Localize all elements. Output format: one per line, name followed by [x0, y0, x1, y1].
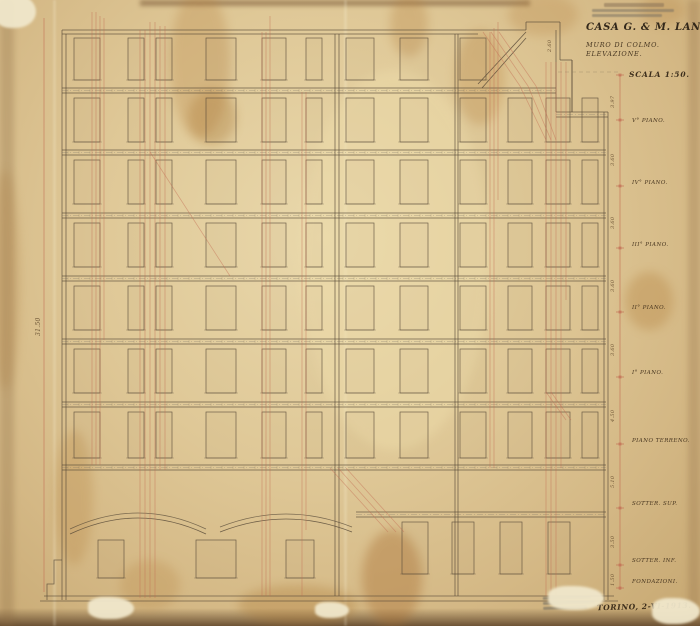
floor-label: II° PIANO.: [632, 305, 666, 311]
dimension-label: 1.50: [611, 574, 616, 586]
floor-label: PIANO TERRENO.: [632, 438, 690, 444]
elevation-drawing: [0, 0, 700, 626]
dimension-label: 3.50: [611, 536, 616, 548]
dimension-label: 5.10: [611, 476, 616, 488]
torn-patch: [652, 598, 700, 624]
view-label: ELEVAZIONE.: [586, 50, 700, 60]
floor-label: FONDAZIONI.: [632, 579, 678, 585]
scale-label: SCALA 1:50.: [629, 71, 690, 79]
dimension-label: 3.60: [611, 344, 616, 356]
floor-label: V° PIANO.: [632, 118, 665, 124]
dimension-label: 4.50: [611, 410, 616, 422]
torn-patch: [548, 586, 604, 610]
floor-label: SOTTER. SUP.: [632, 501, 678, 507]
paper-sheet: CASA G. & M. LANGE. MURO DI COLMO. ELEVA…: [0, 0, 700, 626]
drawing-type-label: MURO DI COLMO.: [586, 41, 700, 51]
dimension-label: 3.60: [611, 154, 616, 166]
floor-label: III° PIANO.: [632, 242, 669, 248]
roof-dimension-label: 2.60: [548, 40, 553, 52]
floor-label: SOTTER. INF.: [632, 558, 676, 564]
archive-stamp-top: [592, 1, 676, 19]
torn-patch: [315, 602, 349, 618]
floor-label: I° PIANO.: [632, 370, 663, 376]
left-dimension-label: 31.50: [36, 317, 42, 336]
title-block: CASA G. & M. LANGE. MURO DI COLMO. ELEVA…: [586, 22, 700, 60]
torn-patch: [88, 597, 134, 619]
dimension-label: 3.60: [611, 280, 616, 292]
dimension-label: 3.97: [611, 96, 616, 108]
dimension-label: 3.60: [611, 217, 616, 229]
floor-label: IV° PIANO.: [632, 180, 668, 186]
project-title: CASA G. & M. LANGE.: [586, 22, 700, 35]
